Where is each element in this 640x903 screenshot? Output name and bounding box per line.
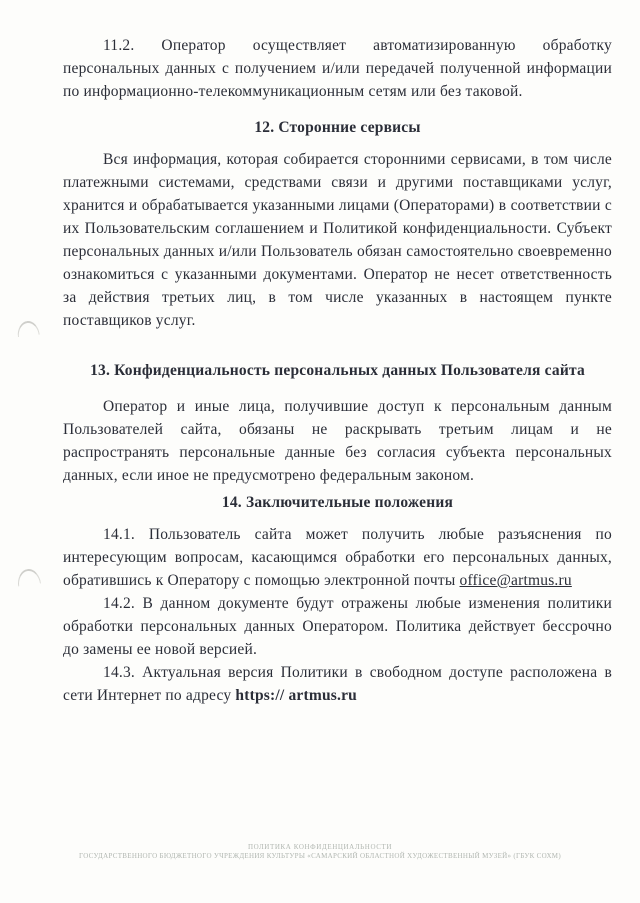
- email-link[interactable]: office@artmus.ru: [460, 572, 572, 589]
- paragraph-11-2: 11.2. Оператор осуществляет автоматизиро…: [63, 34, 612, 103]
- paragraph-14-1: 14.1. Пользователь сайта может получить …: [63, 523, 612, 592]
- section-14-heading: 14. Заключительные положения: [63, 491, 612, 514]
- document-content: 11.2. Оператор осуществляет автоматизиро…: [63, 34, 612, 707]
- paragraph-14-3: 14.3. Актуальная версия Политики в свобо…: [63, 661, 612, 707]
- paragraph-13: Оператор и иные лица, получившие доступ …: [63, 395, 612, 487]
- document-page: 11.2. Оператор осуществляет автоматизиро…: [0, 0, 640, 903]
- page-footer: ПОЛИТИКА КОНФИДЕНЦИАЛЬНОСТИ ГОСУДАРСТВЕН…: [0, 843, 640, 861]
- section-12-heading: 12. Сторонние сервисы: [63, 116, 612, 139]
- site-url: https:// artmus.ru: [235, 687, 357, 704]
- pen-mark-arc-top: [16, 320, 39, 337]
- paragraph-14-2: 14.2. В данном документе будут отражены …: [63, 592, 612, 661]
- pen-mark-arc-bottom: [16, 567, 41, 586]
- section-13-heading: 13. Конфиденциальность персональных данн…: [63, 359, 612, 382]
- footer-organization-name: ГОСУДАРСТВЕННОГО БЮДЖЕТНОГО УЧРЕЖДЕНИЯ К…: [0, 852, 640, 861]
- footer-document-title: ПОЛИТИКА КОНФИДЕНЦИАЛЬНОСТИ: [0, 843, 640, 852]
- paragraph-12: Вся информация, которая собирается сторо…: [63, 148, 612, 332]
